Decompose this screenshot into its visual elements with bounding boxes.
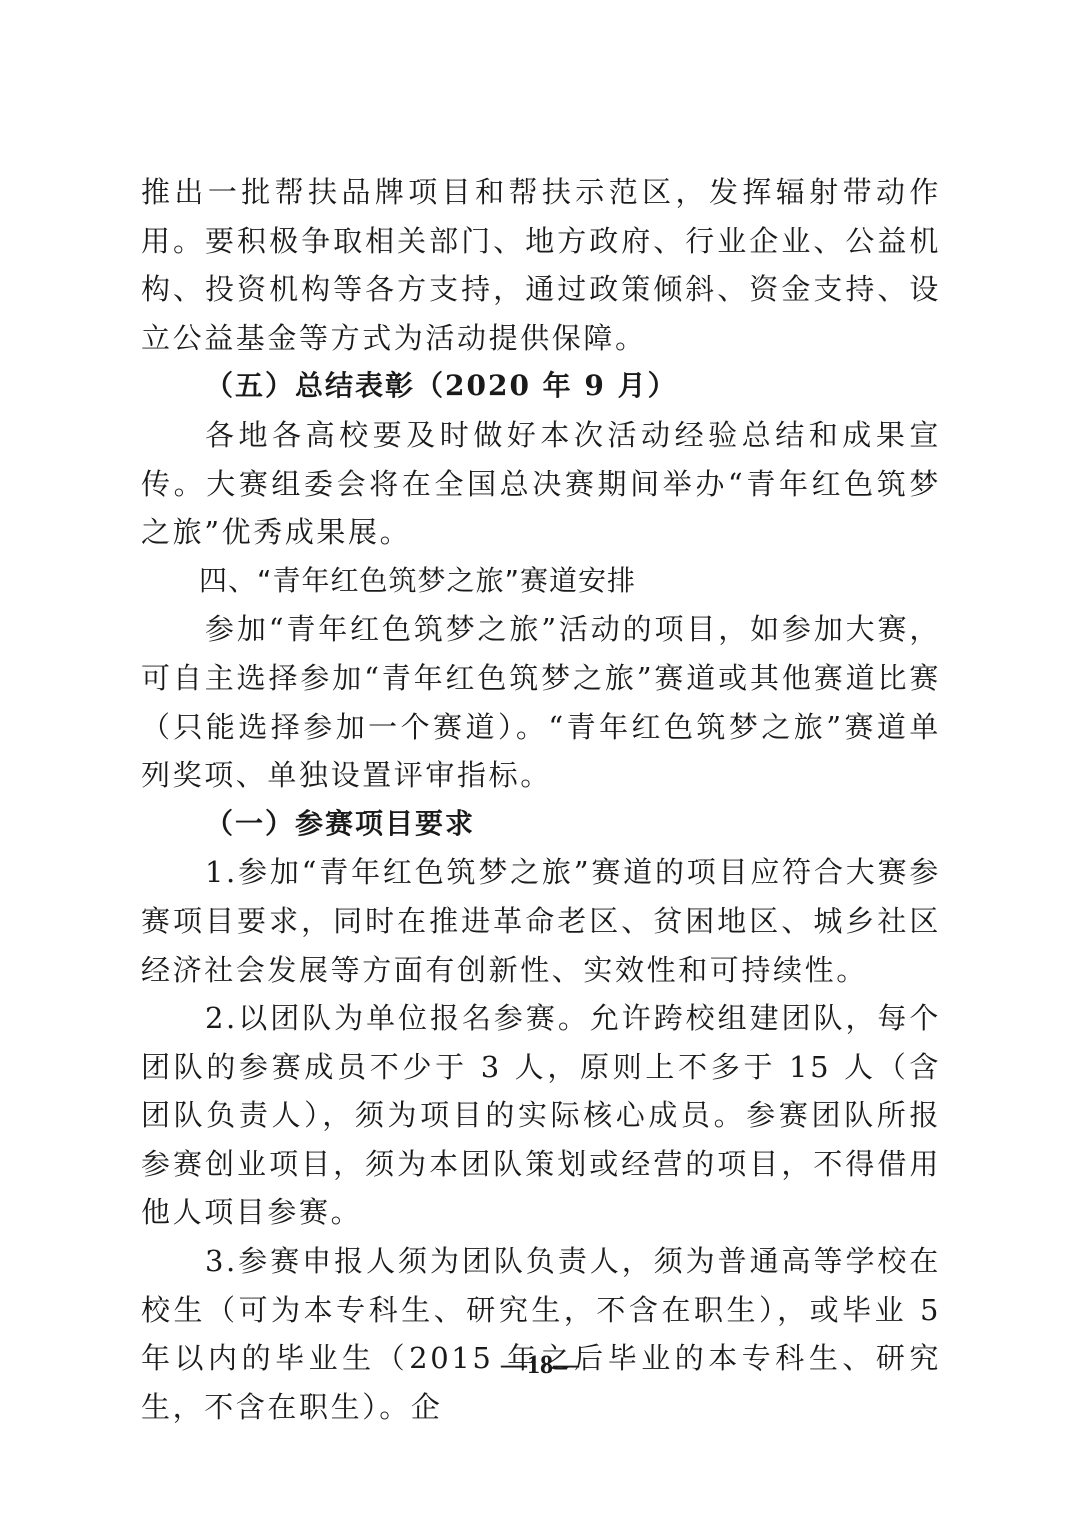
paragraph-support-guarantee: 推出一批帮扶品牌项目和帮扶示范区，发挥辐射带动作用。要积极争取相关部门、地方政府…: [141, 168, 941, 362]
document-page: 推出一批帮扶品牌项目和帮扶示范区，发挥辐射带动作用。要积极争取相关部门、地方政府…: [141, 168, 941, 1431]
subheading-project-requirements: （一）参赛项目要求: [141, 800, 941, 849]
paragraph-track-choice: 参加“青年红色筑梦之旅”活动的项目，如参加大赛，可自主选择参加“青年红色筑梦之旅…: [141, 605, 941, 799]
requirement-item-1: 1.参加“青年红色筑梦之旅”赛道的项目应符合大赛参赛项目要求，同时在推进革命老区…: [141, 848, 941, 994]
requirement-item-3: 3.参赛申报人须为团队负责人，须为普通高等学校在校生（可为本专科生、研究生，不含…: [141, 1237, 941, 1431]
page-number: —18—: [0, 1350, 1080, 1380]
paragraph-summary: 各地各高校要及时做好本次活动经验总结和成果宣传。大赛组委会将在全国总决赛期间举办…: [141, 411, 941, 557]
requirement-item-2: 2.以团队为单位报名参赛。允许跨校组建团队，每个团队的参赛成员不少于 3 人，原…: [141, 994, 941, 1237]
section-heading-track-arrangement: 四、“青年红色筑梦之旅”赛道安排: [141, 557, 941, 606]
subheading-summary-commendation: （五）总结表彰（2020 年 9 月）: [141, 362, 941, 411]
